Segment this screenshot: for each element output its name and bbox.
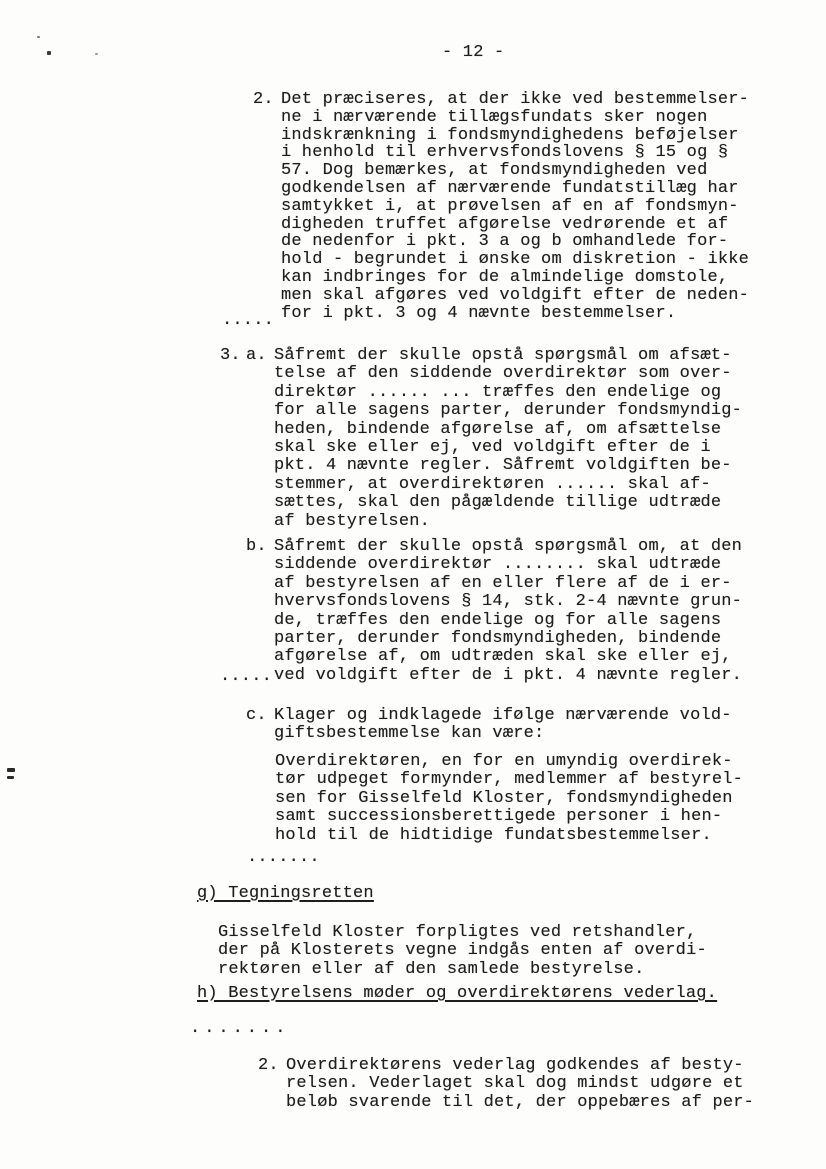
page-number: - 12 -	[442, 44, 504, 62]
scanned-document-page: - 12 - 2. Det præciseres, at der ikke ve…	[0, 0, 826, 1169]
item-3a-text: Såfremt der skulle opstå spørgsmål om af…	[274, 347, 742, 531]
item-3-marker: 3.	[220, 347, 241, 365]
scan-speck	[37, 36, 40, 38]
scan-speck	[47, 51, 51, 55]
item-2-text: Det præciseres, at der ikke ved bestemme…	[281, 91, 749, 322]
scan-mark	[7, 776, 14, 779]
ellipsis-row-4: .......	[190, 1020, 289, 1038]
ellipsis-row-3: .......	[247, 849, 320, 867]
scan-mark	[7, 768, 15, 772]
item-2b-text: Overdirektørens vederlag godkendes af be…	[286, 1057, 754, 1112]
section-g-heading: g) Tegningsretten	[197, 885, 374, 903]
section-g-body: Gisselfeld Kloster forpligtes ved retsha…	[218, 924, 707, 979]
ellipsis-row-2: .....	[220, 668, 272, 686]
scan-speck	[95, 53, 98, 55]
section-h-heading: h) Bestyrelsens møder og overdirektørens…	[197, 985, 717, 1003]
item-3c-marker: c.	[246, 707, 267, 725]
item-3b-text: Såfremt der skulle opstå spørgsmål om, a…	[274, 538, 742, 685]
item-3c-body: Overdirektøren, en for en umyndig overdi…	[275, 753, 743, 845]
item-3b-marker: b.	[246, 538, 267, 556]
item-3c-intro: Klager og indklagede ifølge nærværende v…	[274, 707, 732, 744]
item-3a-marker: a.	[246, 347, 267, 365]
ellipsis-row-1: .....	[222, 312, 274, 330]
item-2b-marker: 2.	[258, 1057, 279, 1075]
item-2-marker: 2.	[253, 91, 274, 109]
